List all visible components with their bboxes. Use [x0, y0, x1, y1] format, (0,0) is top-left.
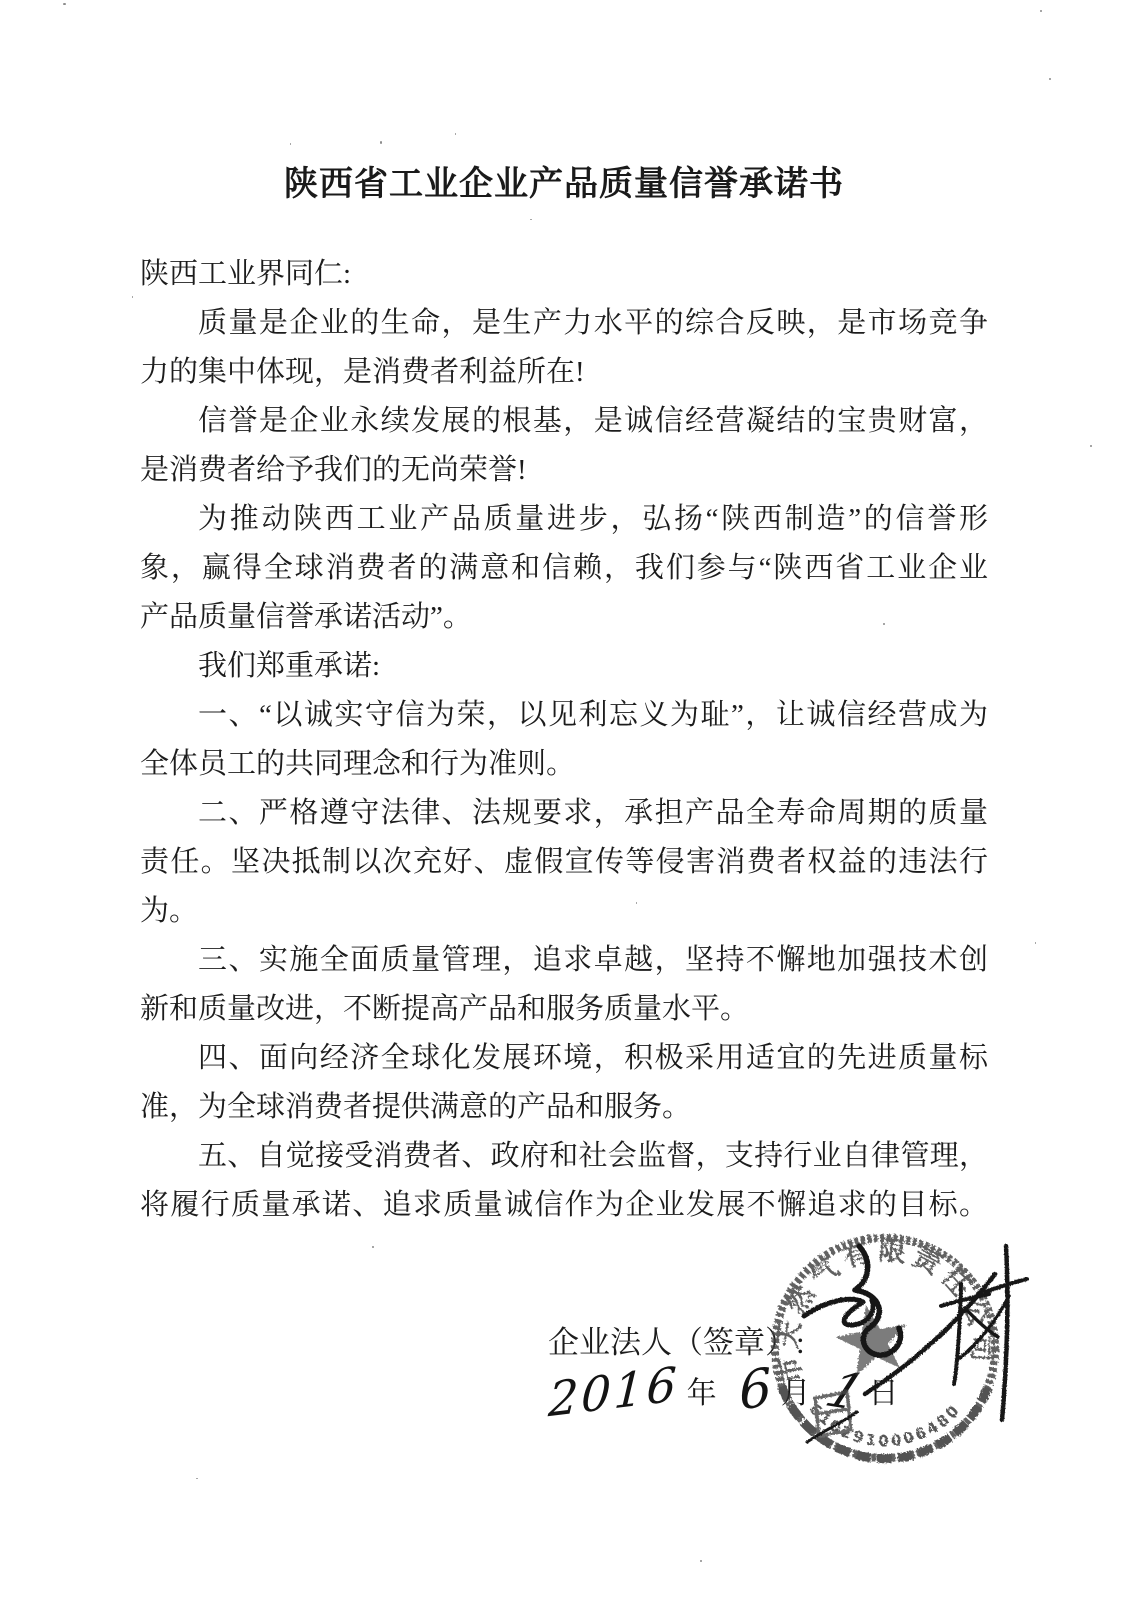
- body-line: 二、严格遵守法律、法规要求，承担产品全寿命周期的质量: [140, 789, 988, 838]
- document-title: 陕西省工业企业产品质量信誉承诺书: [0, 160, 1128, 210]
- body-line: 是消费者给予我们的无尚荣誉!: [140, 446, 988, 495]
- body-line: 准，为全球消费者提供满意的产品和服务。: [140, 1083, 988, 1132]
- body-line: 四、面向经济全球化发展环境，积极采用适宜的先进质量标: [140, 1034, 988, 1083]
- body-line: 三、实施全面质量管理，追求卓越，坚持不懈地加强技术创: [140, 936, 988, 985]
- body-line: 为。: [140, 887, 988, 936]
- body-line: 产品质量信誉承诺活动”。: [140, 593, 988, 642]
- body-line: 力的集中体现，是消费者利益所在!: [140, 348, 988, 397]
- body-line: 五、自觉接受消费者、政府和社会监督，支持行业自律管理，: [140, 1132, 988, 1181]
- body-line: 新和质量改进，不断提高产品和服务质量水平。: [140, 985, 988, 1034]
- body-line: 一、“以诚实守信为荣，以见利忘义为耻”，让诚信经营成为: [140, 691, 988, 740]
- body-text: 陕西工业界同仁:质量是企业的生命，是生产力水平的综合反映，是市场竞争力的集中体现…: [140, 250, 988, 1230]
- body-line: 信誉是企业永续发展的根基，是诚信经营凝结的宝贵财富，: [140, 397, 988, 446]
- scanned-document-page: 陕西省工业企业产品质量信誉承诺书 陕西工业界同仁:质量是企业的生命，是生产力水平…: [0, 0, 1128, 1600]
- handwritten-year: 2016: [547, 1357, 681, 1431]
- year-unit-label: 年: [687, 1372, 717, 1422]
- body-line: 象，赢得全球消费者的满意和信赖，我们参与“陕西省工业企业: [140, 544, 988, 593]
- body-line: 陕西工业界同仁:: [140, 250, 988, 299]
- body-line: 为推动陕西工业产品质量进步，弘扬“陕西制造”的信誉形: [140, 495, 988, 544]
- body-line: 全体员工的共同理念和行为准则。: [140, 740, 988, 789]
- body-line: 我们郑重承诺:: [140, 642, 988, 691]
- body-line: 质量是企业的生命，是生产力水平的综合反映，是市场竞争: [140, 299, 988, 348]
- body-line: 责任。坚决抵制以次充好、虚假宣传等侵害消费者权益的违法行: [140, 838, 988, 887]
- company-seal: 市天然气有限责任公司 6102910006480: [755, 1222, 1045, 1472]
